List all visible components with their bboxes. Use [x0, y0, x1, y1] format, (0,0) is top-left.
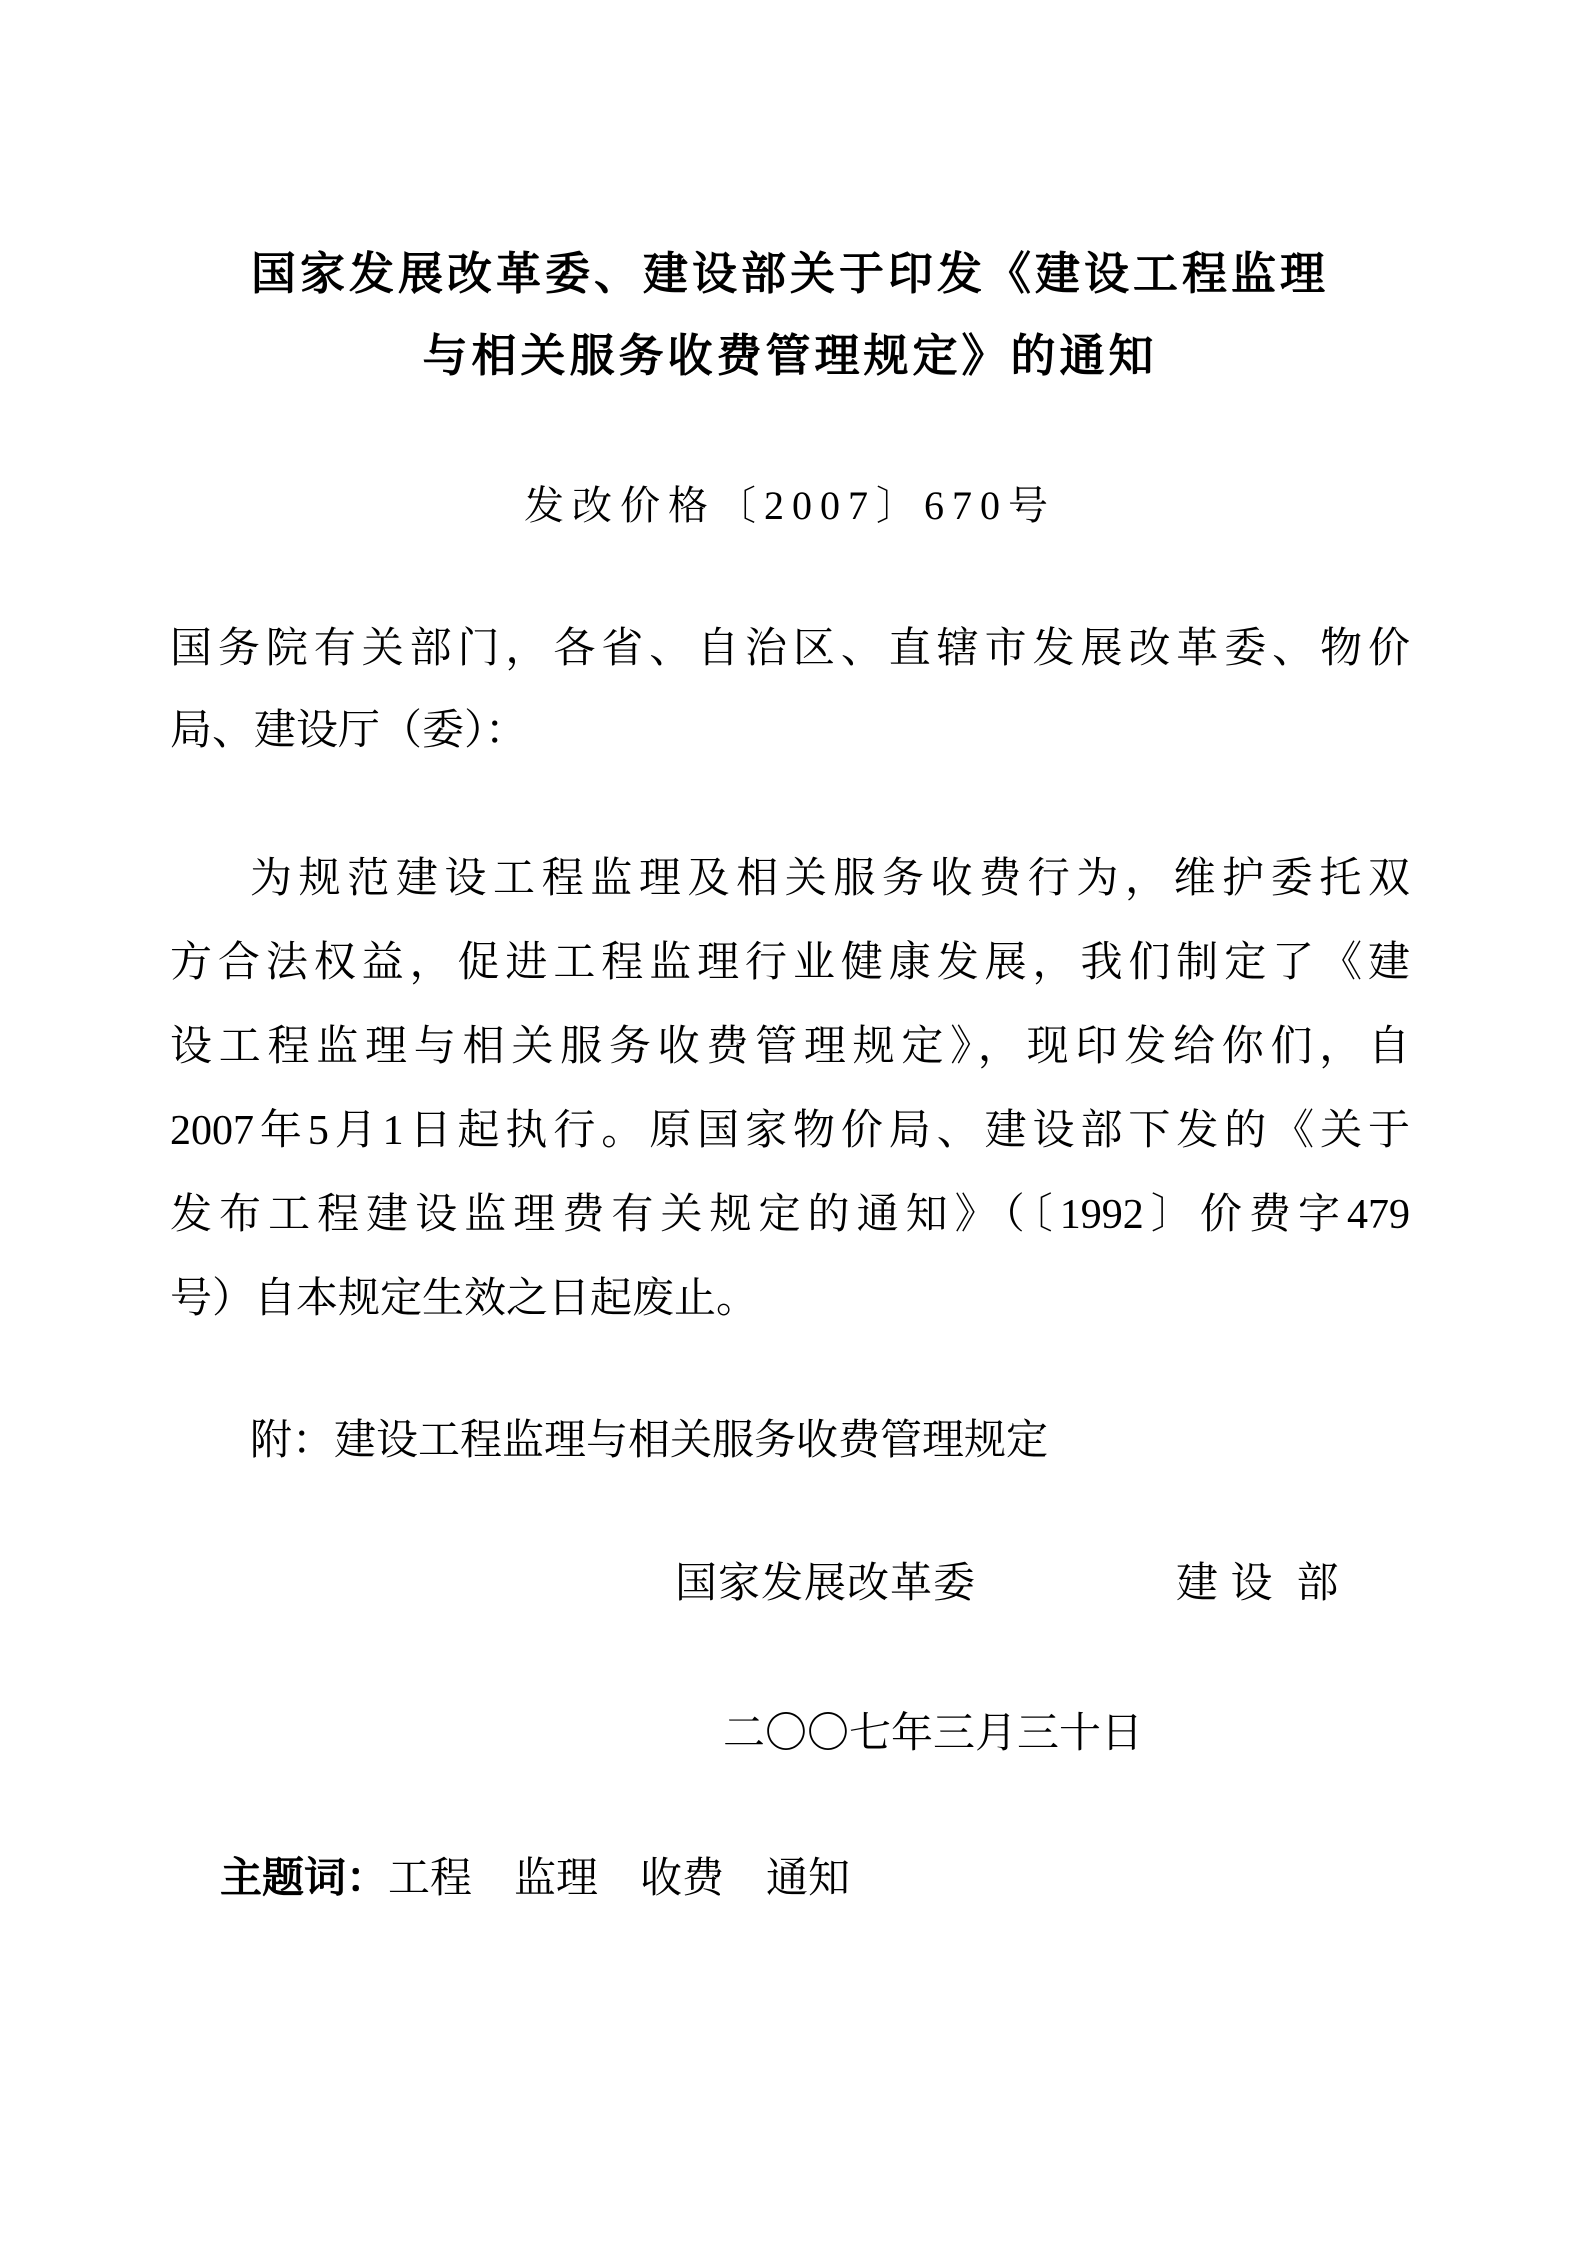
keywords-value: 工程 监理 收费 通知 [388, 1856, 850, 1902]
salutation-line-2: 局、建设厅（委）： [170, 690, 1410, 772]
body-line-3: 设工程监理与相关服务收费管理规定》，现印发给你们，自 [170, 1005, 1410, 1089]
body-line-5: 发布工程建设监理费有关规定的通知》（〔1992〕价费字479 [170, 1173, 1410, 1257]
body-line-6: 号）自本规定生效之日起废止。 [170, 1257, 1410, 1341]
keywords-line: 主题词：工程 监理 收费 通知 [170, 1837, 1410, 1920]
document-title-line-1: 国家发展改革委、建设部关于印发《建设工程监理 [170, 233, 1410, 315]
signature-issuer-primary: 国家发展改革委 [675, 1543, 976, 1625]
body-line-1: 为规范建设工程监理及相关服务收费行为，维护委托双 [170, 837, 1410, 921]
keywords-label: 主题词： [220, 1854, 388, 1901]
document-title: 国家发展改革委、建设部关于印发《建设工程监理 与相关服务收费管理规定》的通知 [170, 233, 1410, 397]
body-line-2: 方合法权益，促进工程监理行业健康发展，我们制定了《建 [170, 921, 1410, 1005]
salutation-paragraph: 国务院有关部门，各省、自治区、直辖市发展改革委、物价 局、建设厅（委）： [170, 608, 1410, 772]
salutation-line-1: 国务院有关部门，各省、自治区、直辖市发展改革委、物价 [170, 608, 1410, 690]
signature-row: 国家发展改革委 建 设 部 [170, 1543, 1410, 1625]
attachment-note: 附：建设工程监理与相关服务收费管理规定 [170, 1400, 1410, 1482]
document-number: 发改价格〔2007〕670号 [170, 465, 1410, 547]
document-title-line-2: 与相关服务收费管理规定》的通知 [170, 315, 1410, 397]
document-date: 二〇〇七年三月三十日 [170, 1693, 1410, 1775]
body-paragraph: 为规范建设工程监理及相关服务收费行为，维护委托双 方合法权益，促进工程监理行业健… [170, 837, 1410, 1341]
document-page: 国家发展改革委、建设部关于印发《建设工程监理 与相关服务收费管理规定》的通知 发… [0, 0, 1587, 2245]
signature-issuer-secondary: 建 设 部 [1176, 1543, 1340, 1625]
body-line-4: 2007年5月1日起执行。原国家物价局、建设部下发的《关于 [170, 1089, 1410, 1173]
